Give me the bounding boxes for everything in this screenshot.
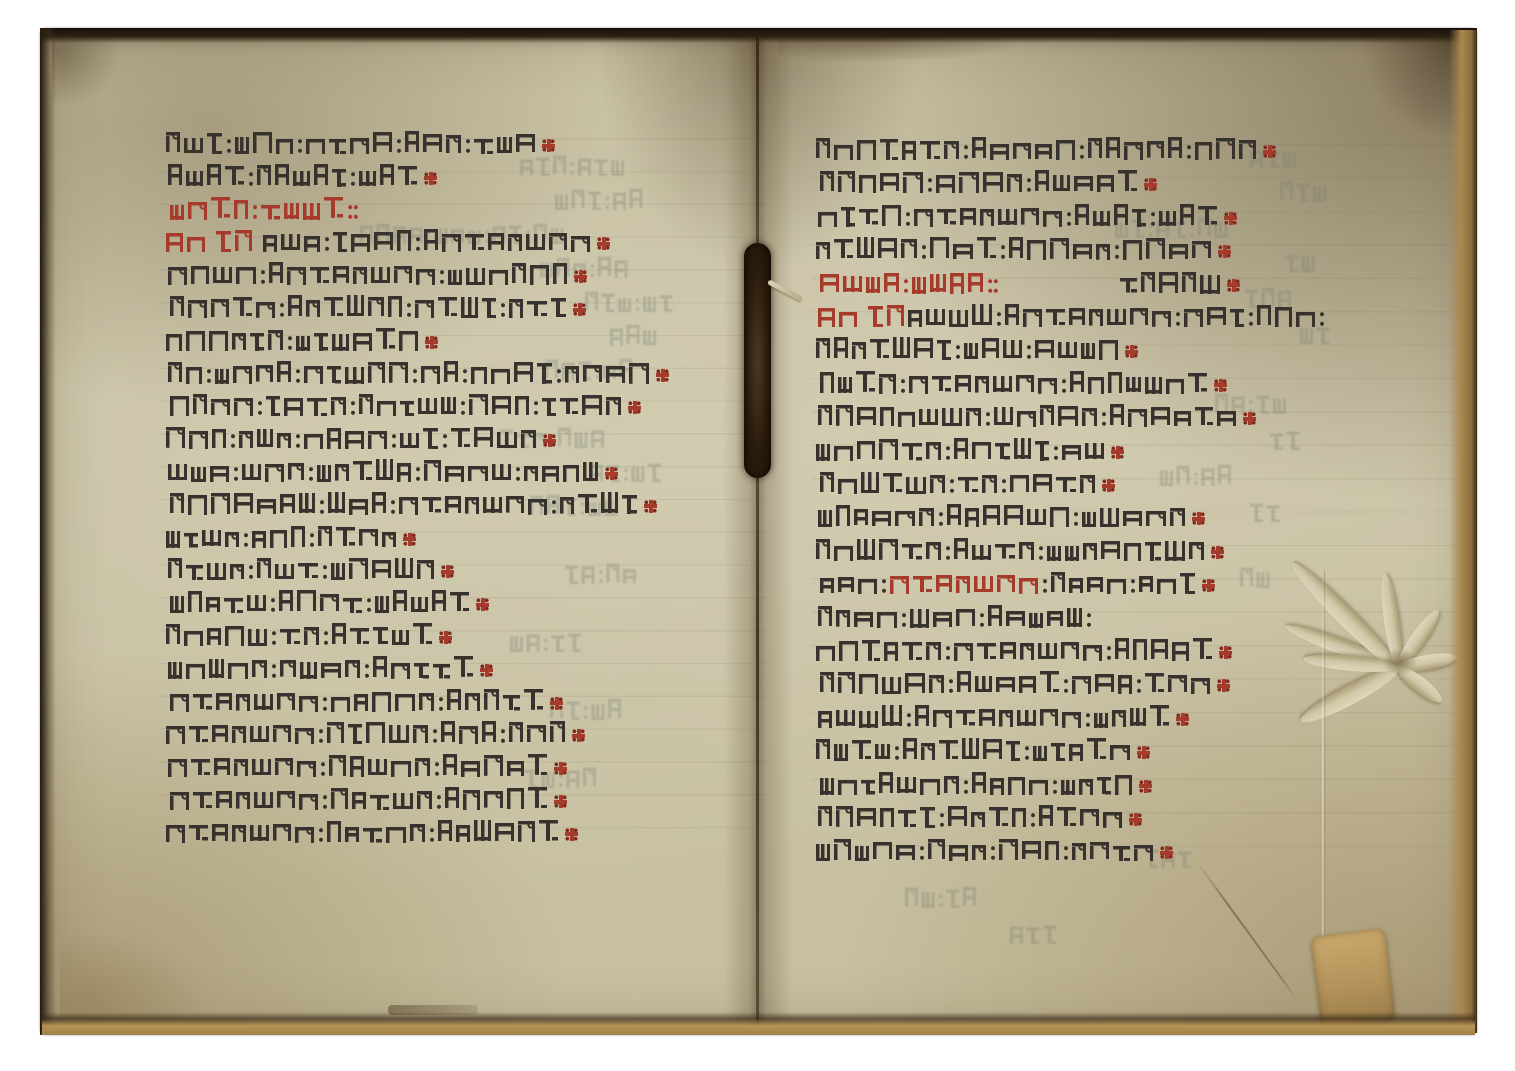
glyph-mark (350, 138, 369, 154)
glyph-mark (335, 464, 349, 481)
glyph-mark (1115, 638, 1129, 659)
bleedthrough-line (1010, 920, 1060, 944)
glyph-mark (323, 795, 327, 809)
glyph-mark (1160, 470, 1173, 486)
glyph-mark (841, 207, 855, 227)
ink-segment (170, 590, 491, 613)
glyph-mark (954, 438, 968, 459)
glyph-mark (269, 262, 283, 283)
glyph-mark (423, 428, 438, 449)
glyph-mark (1017, 411, 1036, 427)
glyph-mark (298, 139, 302, 153)
glyph-mark (958, 477, 978, 492)
glyph-mark (395, 694, 415, 711)
glyph-mark (1056, 140, 1075, 160)
text-line (820, 668, 1232, 694)
glyph-mark (365, 664, 369, 678)
glyph-mark (1207, 307, 1226, 325)
glyph-mark (544, 638, 548, 651)
glyph-mark (331, 397, 346, 415)
glyph-mark (928, 178, 932, 192)
glyph-mark (306, 300, 320, 317)
glyph-mark (234, 398, 253, 416)
glyph-mark (999, 839, 1018, 860)
glyph-mark (1087, 613, 1091, 627)
glyph-mark (624, 468, 628, 481)
glyph-mark (818, 308, 835, 327)
glyph-mark (323, 697, 327, 711)
glyph-mark (901, 239, 917, 258)
glyph-mark (297, 761, 316, 777)
glyph-mark (207, 563, 226, 580)
glyph-mark (166, 132, 180, 152)
glyph-mark (816, 539, 830, 559)
glyph-mark (1062, 445, 1081, 460)
glyph-mark (946, 546, 950, 560)
glyph-mark (382, 532, 396, 547)
glyph-mark (291, 526, 305, 547)
glyph-mark (1230, 309, 1244, 327)
glyph-mark (553, 156, 566, 174)
glyph-mark (1040, 671, 1059, 692)
glyph-mark (1216, 138, 1235, 159)
glyph-mark (395, 558, 413, 578)
glyph-mark (836, 610, 850, 627)
glyph-mark (838, 479, 857, 494)
glyph-mark (168, 662, 182, 679)
red-cross-mark (550, 697, 563, 710)
glyph-mark (1152, 311, 1171, 327)
glyph-mark (233, 366, 252, 384)
text-line (820, 268, 1242, 294)
glyph-mark (359, 394, 373, 414)
glyph-mark (1088, 138, 1102, 158)
glyph-mark (166, 624, 180, 644)
glyph-mark (170, 493, 184, 513)
bleedthrough-line (1250, 498, 1283, 522)
glyph-mark (534, 401, 538, 415)
glyph-mark (366, 722, 385, 743)
glyph-mark (818, 212, 837, 227)
glyph-mark (940, 813, 944, 827)
glyph-mark (558, 428, 571, 446)
text-line (820, 769, 1154, 795)
glyph-mark (232, 726, 246, 743)
glyph-mark (986, 412, 990, 426)
glyph-mark (1115, 245, 1119, 259)
glyph-mark (1168, 137, 1182, 158)
glyph-mark (166, 427, 185, 448)
glyph-mark (643, 296, 656, 312)
glyph-mark (318, 526, 332, 546)
glyph-mark (317, 465, 331, 482)
glyph-mark (1069, 578, 1083, 593)
glyph-mark (1050, 238, 1069, 259)
glyph-mark (1085, 443, 1104, 459)
ink-segment (168, 656, 495, 679)
glyph-mark (370, 795, 389, 810)
glyph-mark (977, 643, 996, 659)
glyph-mark (530, 265, 549, 285)
text-line (168, 751, 569, 777)
glyph-mark (331, 563, 345, 580)
glyph-mark (249, 172, 253, 186)
glyph-mark (1027, 509, 1046, 525)
glyph-mark (939, 512, 943, 526)
red-cross-mark (1111, 446, 1124, 459)
glyph-mark (1270, 433, 1283, 450)
glyph-mark (1297, 184, 1310, 202)
ink-segment (1285, 255, 1318, 272)
glyph-mark (1035, 144, 1052, 159)
glyph-mark (495, 823, 514, 841)
glyph-mark (855, 846, 869, 861)
glyph-mark (1320, 312, 1324, 326)
glyph-mark (859, 209, 878, 225)
text-line (818, 501, 1207, 527)
glyph-mark (1072, 843, 1086, 860)
glyph-mark (1280, 182, 1293, 200)
glyph-mark (921, 743, 935, 760)
glyph-mark (1086, 713, 1090, 727)
glyph-mark (949, 845, 968, 861)
bleedthrough-line (1285, 248, 1318, 272)
glyph-mark (1194, 472, 1198, 485)
glyph-mark (1039, 546, 1043, 560)
glyph-mark (1110, 745, 1130, 760)
glyph-mark (902, 544, 922, 560)
ink-segment (818, 204, 1239, 227)
glyph-mark (982, 338, 999, 358)
glyph-mark (227, 139, 231, 153)
glyph-mark (1296, 312, 1315, 327)
glyph-mark (528, 499, 547, 515)
red-cross-mark (403, 533, 416, 546)
glyph-mark (997, 312, 1001, 326)
glyph-mark (319, 729, 323, 743)
glyph-mark (491, 369, 510, 384)
text-line (170, 784, 569, 810)
glyph-mark (444, 361, 458, 382)
glyph-mark (606, 397, 621, 415)
glyph-mark (527, 301, 547, 316)
glyph-mark (349, 499, 368, 515)
glyph-mark (324, 197, 343, 218)
glyph-mark (419, 693, 434, 711)
glyph-mark (307, 398, 327, 416)
glyph-mark (631, 466, 644, 482)
glyph-mark (343, 598, 362, 613)
glyph-mark (461, 297, 478, 318)
glyph-mark (1250, 504, 1263, 522)
glyph-mark (510, 636, 523, 652)
glyph-mark (857, 140, 876, 160)
glyph-mark (866, 277, 880, 293)
glyph-mark (1198, 206, 1217, 225)
glyph-mark (1133, 639, 1147, 660)
glyph-mark (506, 496, 524, 513)
glyph-mark (1240, 568, 1253, 586)
glyph-mark (903, 172, 923, 193)
glyph-mark (1097, 175, 1114, 192)
glyph-mark (348, 205, 358, 219)
text-line (820, 368, 1229, 394)
glyph-mark (1043, 579, 1047, 593)
text-line (818, 301, 1328, 327)
ink-segment (816, 137, 1278, 160)
red-cross-mark (1224, 212, 1237, 225)
glyph-mark (207, 628, 221, 645)
ink-segment (610, 325, 660, 346)
text-line (816, 334, 1140, 360)
glyph-mark (975, 676, 992, 692)
glyph-mark (854, 612, 873, 627)
glyph-mark (859, 711, 878, 728)
glyph-mark (906, 212, 910, 226)
glyph-mark (448, 270, 462, 285)
glyph-mark (509, 722, 523, 742)
glyph-mark (936, 575, 952, 592)
glyph-mark (211, 299, 229, 317)
glyph-mark (450, 592, 469, 611)
glyph-mark (1178, 851, 1191, 868)
glyph-mark (1150, 705, 1169, 726)
glyph-mark (432, 590, 446, 611)
glyph-mark (880, 407, 894, 426)
glyph-mark (433, 664, 450, 679)
glyph-mark (299, 794, 318, 810)
glyph-mark (1022, 841, 1041, 859)
text-line (166, 817, 580, 843)
glyph-mark (1038, 643, 1057, 659)
glyph-mark (166, 531, 180, 548)
red-cross-mark (1176, 713, 1189, 726)
glyph-mark (186, 367, 202, 384)
glyph-mark (836, 505, 850, 526)
glyph-mark (1064, 679, 1068, 693)
red-cross-mark (1144, 178, 1157, 191)
glyph-mark (1115, 775, 1132, 795)
glyph-mark (166, 334, 182, 351)
ink-segment (820, 577, 890, 594)
glyph-mark (492, 396, 511, 414)
glyph-mark (1054, 446, 1058, 460)
glyph-mark (1146, 238, 1165, 259)
glyph-mark (1182, 272, 1196, 292)
glyph-mark (400, 433, 419, 448)
glyph-mark (516, 134, 535, 152)
glyph-mark (1082, 408, 1097, 426)
glyph-mark (474, 820, 491, 841)
glyph-mark (489, 270, 508, 285)
glyph-mark (445, 466, 464, 482)
glyph-mark (983, 505, 1000, 525)
glyph-mark (606, 366, 625, 383)
glyph-mark (1218, 465, 1231, 484)
glyph-mark (551, 635, 564, 652)
glyph-mark (186, 565, 203, 580)
glyph-mark (1019, 542, 1034, 560)
glyph-mark (397, 139, 401, 153)
red-cross-mark (554, 762, 567, 775)
text-line (166, 128, 557, 154)
glyph-mark (956, 609, 975, 626)
glyph-mark (454, 656, 473, 677)
glyph-mark (954, 643, 973, 661)
glyph-mark (915, 705, 929, 726)
glyph-mark (397, 463, 411, 482)
glyph-mark (327, 821, 341, 842)
glyph-mark (168, 759, 187, 777)
ink-segment (1280, 182, 1330, 202)
glyph-mark (439, 697, 443, 711)
glyph-mark (583, 462, 598, 481)
glyph-mark (186, 331, 205, 351)
glyph-mark (363, 828, 382, 843)
glyph-mark (630, 189, 643, 208)
glyph-mark (1027, 927, 1040, 944)
glyph-mark (170, 296, 184, 316)
glyph-mark (189, 431, 208, 449)
glyph-mark (459, 726, 478, 744)
ink-segment (166, 721, 587, 744)
glyph-mark (611, 160, 624, 176)
glyph-mark (606, 196, 610, 209)
glyph-mark (461, 761, 480, 777)
rubric-segment (890, 575, 1042, 594)
red-cross-mark (565, 828, 578, 841)
glyph-mark (372, 560, 391, 578)
glyph-mark (834, 744, 848, 761)
text-line (820, 568, 1217, 594)
glyph-mark (560, 398, 578, 414)
glyph-mark (501, 303, 505, 317)
glyph-mark (386, 827, 406, 843)
glyph-mark (256, 302, 275, 318)
red-cross-mark (542, 139, 555, 152)
glyph-mark (1118, 675, 1132, 694)
glyph-mark (1103, 812, 1122, 828)
red-cross-mark (1160, 846, 1173, 859)
glyph-mark (968, 273, 983, 292)
glyph-mark (834, 337, 848, 358)
text-line (168, 554, 456, 580)
glyph-mark (1067, 212, 1071, 226)
glyph-mark (820, 372, 834, 393)
glyph-mark (1126, 377, 1141, 392)
glyph-mark (1000, 642, 1016, 659)
glyph-mark (1057, 807, 1076, 826)
glyph-mark (838, 171, 855, 192)
glyph-mark (512, 263, 526, 283)
glyph-mark (610, 329, 623, 346)
glyph-mark (277, 791, 295, 808)
glyph-mark (1027, 178, 1031, 192)
glyph-mark (990, 778, 1004, 795)
page-stack-edge-bottom (42, 1012, 1475, 1035)
bleedthrough-line (585, 288, 676, 312)
bleedthrough-line (1280, 178, 1330, 202)
glyph-mark (411, 597, 428, 612)
red-cross-mark (424, 172, 437, 185)
glyph-mark (281, 234, 300, 250)
glyph-mark (990, 144, 1009, 160)
text-line (166, 325, 440, 351)
glyph-mark (937, 340, 951, 360)
glyph-mark (465, 693, 480, 711)
glyph-mark (950, 479, 954, 493)
glyph-mark (501, 729, 505, 743)
glyph-mark (908, 310, 922, 327)
glyph-mark (913, 576, 932, 592)
binding-tie (744, 243, 771, 478)
glyph-mark (1124, 142, 1143, 160)
glyph-mark (1134, 845, 1153, 861)
glyph-mark (818, 510, 832, 527)
glyph-mark (424, 460, 441, 481)
glyph-mark (232, 825, 246, 842)
ink-segment (510, 634, 585, 652)
glyph-mark (443, 434, 447, 448)
glyph-mark (972, 137, 986, 158)
page-stack-edge-right (1449, 30, 1477, 1033)
glyph-mark (375, 596, 389, 613)
glyph-mark (288, 463, 304, 480)
glyph-mark (1169, 244, 1188, 259)
glyph-mark (359, 529, 378, 546)
glyph-mark (1094, 713, 1108, 728)
glyph-mark (321, 663, 341, 678)
glyph-mark (373, 656, 387, 677)
glyph-mark (1023, 309, 1042, 327)
glyph-mark (186, 664, 205, 679)
glyph-mark (959, 172, 979, 193)
glyph-mark (920, 779, 940, 795)
glyph-mark (820, 171, 834, 191)
glyph-mark (254, 792, 273, 808)
glyph-mark (465, 497, 479, 514)
glyph-mark (273, 824, 291, 841)
glyph-mark (1191, 678, 1210, 694)
red-cross-mark (439, 631, 452, 644)
glyph-mark (1013, 143, 1031, 159)
glyph-mark (1195, 407, 1213, 425)
glyph-mark (1019, 578, 1038, 594)
glyph-mark (636, 298, 640, 311)
glyph-mark (367, 598, 371, 612)
glyph-mark (550, 721, 565, 742)
glyph-mark (211, 493, 230, 514)
glyph-mark (325, 237, 329, 251)
glyph-mark (446, 135, 461, 153)
glyph-mark (268, 330, 283, 350)
glyph-mark (1083, 645, 1102, 661)
ink-segment (168, 558, 456, 580)
glyph-mark (324, 297, 343, 316)
glyph-mark (907, 713, 911, 727)
glyph-mark (926, 309, 945, 325)
glyph-mark (323, 565, 327, 579)
glyph-mark (882, 677, 901, 694)
glyph-mark (542, 398, 556, 416)
glyph-mark (526, 234, 545, 250)
glyph-mark (188, 202, 207, 220)
glyph-mark (332, 623, 346, 644)
glyph-mark (1020, 643, 1034, 660)
ink-segment (168, 164, 439, 187)
glyph-mark (950, 273, 964, 294)
glyph-mark (296, 434, 300, 448)
